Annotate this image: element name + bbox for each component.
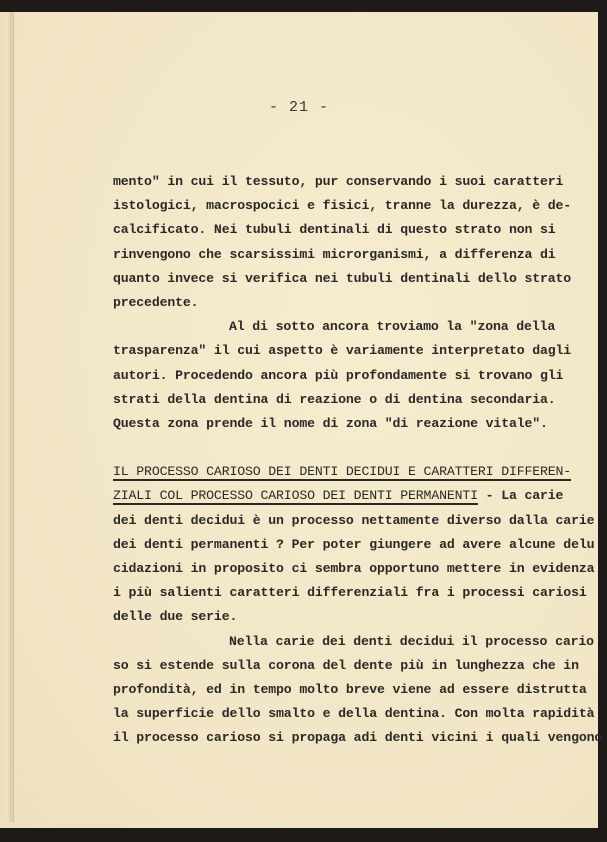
text-line: i più salienti caratteri differenziali f… (113, 581, 583, 605)
text-line: dei denti decidui è un processo nettamen… (113, 509, 583, 533)
text-line: istologici, macrospocici e fisici, trann… (113, 194, 583, 218)
paragraph-3: dei denti decidui è un processo nettamen… (113, 509, 583, 630)
document-body: mento" in cui il tessuto, pur conservand… (113, 170, 583, 751)
paragraph-1: mento" in cui il tessuto, pur conservand… (113, 170, 583, 315)
text-line: Nella carie dei denti decidui il process… (113, 630, 583, 654)
text-line: profondità, ed in tempo molto breve vien… (113, 678, 583, 702)
text-line: rinvengono che scarsissimi microrganismi… (113, 243, 583, 267)
text-line: il processo carioso si propaga adi denti… (113, 726, 583, 750)
text-line: cidazioni in proposito ci sembra opportu… (113, 557, 583, 581)
page-number: - 21 - (0, 99, 598, 116)
text-line: delle due serie. (113, 605, 583, 629)
text-line: autori. Procedendo ancora più profondame… (113, 364, 583, 388)
text-line: Questa zona prende il nome di zona "di r… (113, 412, 583, 436)
text-line: trasparenza" il cui aspetto è variamente… (113, 339, 583, 363)
text-line: quanto invece si verifica nei tubuli den… (113, 267, 583, 291)
paragraph-2: Al di sotto ancora troviamo la "zona del… (113, 315, 583, 436)
text-line: dei denti permanenti ? Per poter giunger… (113, 533, 583, 557)
page-fold-edge (0, 12, 14, 822)
text-line: la superficie dello smalto e della denti… (113, 702, 583, 726)
text-line: Al di sotto ancora troviamo la "zona del… (113, 315, 583, 339)
text-line: so si estende sulla corona del dente più… (113, 654, 583, 678)
paragraph-4: Nella carie dei denti decidui il process… (113, 630, 583, 751)
section-heading: IL PROCESSO CARIOSO DEI DENTI DECIDUI E … (113, 460, 583, 508)
text-line: precedente. (113, 291, 583, 315)
section-heading-line-1: IL PROCESSO CARIOSO DEI DENTI DECIDUI E … (113, 464, 571, 479)
text-line: strati della dentina di reazione o di de… (113, 388, 583, 412)
heading-trailing-text: - La carie (478, 488, 563, 503)
text-line: mento" in cui il tessuto, pur conservand… (113, 170, 583, 194)
text-line: calcificato. Nei tubuli dentinali di que… (113, 218, 583, 242)
section-heading-line-2: ZIALI COL PROCESSO CARIOSO DEI DENTI PER… (113, 488, 478, 503)
